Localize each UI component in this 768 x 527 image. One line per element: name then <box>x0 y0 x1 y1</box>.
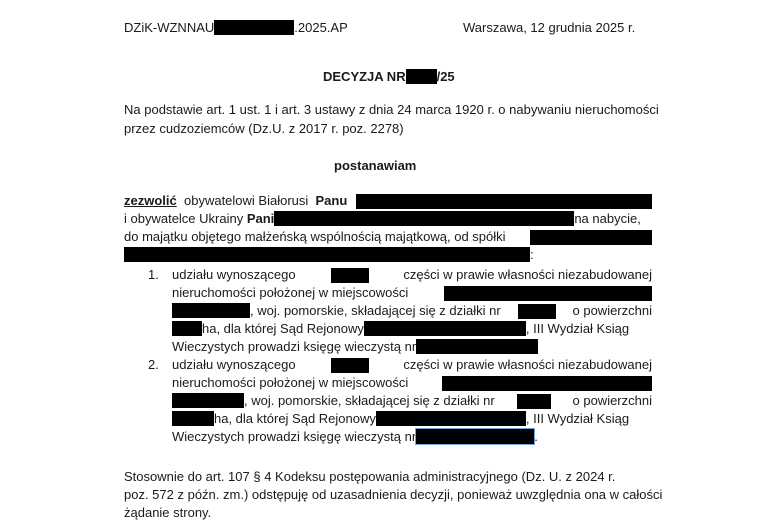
decision-verb-heading: postanawiam <box>334 158 416 173</box>
closing-line-2: poz. 572 z późn. zm.) odstępuję od uzasa… <box>124 486 662 504</box>
list-item-line: Wieczystych prowadzi księgę wieczystą nr <box>172 338 652 356</box>
list-item-text: ha, dla której Sąd Rejonowy <box>214 411 376 426</box>
redaction <box>416 339 538 354</box>
redaction <box>124 247 530 262</box>
redaction <box>517 394 551 409</box>
redaction <box>172 303 250 318</box>
list-item-text: , III Wydział Ksiąg <box>526 411 629 426</box>
case-reference-suffix: .2025.AP <box>294 20 348 35</box>
list-item-text: , woj. pomorskie, składającej się z dzia… <box>250 303 501 318</box>
list-item-line: Wieczystych prowadzi księgę wieczystą nr… <box>172 428 652 446</box>
document-page: DZiK-WZNNAU.2025.AP Warszawa, 12 grudnia… <box>0 0 768 527</box>
case-reference-prefix: DZiK-WZNNAU <box>124 20 214 35</box>
permit-text: na nabycie, <box>574 211 641 226</box>
redaction <box>172 393 244 408</box>
legal-basis-line-1: Na podstawie art. 1 ust. 1 i art. 3 usta… <box>124 102 659 117</box>
list-item-text: udziału wynoszącego <box>172 356 296 374</box>
list-item-line: udziału wynoszącego części w prawie włas… <box>172 356 652 374</box>
closing-text: Stosownie do art. 107 § 4 Kodeksu postęp… <box>124 468 615 486</box>
permit-honorific: Pani <box>247 211 274 226</box>
permit-line-1: zezwolić obywatelowi Białorusi Panu <box>124 192 652 210</box>
redaction <box>172 321 202 336</box>
decision-title-suffix: /25 <box>437 69 455 84</box>
permit-text: : <box>530 247 534 262</box>
place-date: Warszawa, 12 grudnia 2025 r. <box>463 20 635 35</box>
permit-text: obywatelowi Białorusi <box>184 193 308 208</box>
closing-line-3: żądanie strony. <box>124 504 211 522</box>
list-item-text: o powierzchni <box>573 392 653 410</box>
permit-line-2: i obywatelce Ukrainy Panina nabycie, <box>124 210 652 228</box>
list-item-number: 2. <box>148 356 159 374</box>
permit-text: do majątku objętego małżeńską wspólności… <box>124 228 506 246</box>
case-reference: DZiK-WZNNAU.2025.AP <box>124 20 348 35</box>
list-item-line: , woj. pomorskie, składającej się z dzia… <box>172 392 652 410</box>
permit-verb: zezwolić <box>124 193 177 208</box>
redaction <box>444 286 652 301</box>
redaction <box>530 230 652 245</box>
decision-title: DECYZJA NR/25 <box>323 69 455 84</box>
redaction <box>406 69 437 84</box>
list-item-text: Wieczystych prowadzi księgę wieczystą nr <box>172 339 416 354</box>
list-item-text: części w prawie własności niezabudowanej <box>403 356 652 374</box>
list-item-line: nieruchomości położonej w miejscowości <box>172 374 652 392</box>
permit-line-3: do majątku objętego małżeńską wspólności… <box>124 228 652 246</box>
decision-title-prefix: DECYZJA NR <box>323 69 406 84</box>
redaction <box>356 194 652 209</box>
list-item-text: nieruchomości położonej w miejscowości <box>172 374 408 392</box>
list-item-line: , woj. pomorskie, składającej się z dzia… <box>172 302 652 320</box>
redaction <box>518 304 556 319</box>
list-item-text: nieruchomości położonej w miejscowości <box>172 284 408 302</box>
redaction <box>331 268 369 283</box>
list-item-number: 1. <box>148 266 159 284</box>
redaction <box>442 376 652 391</box>
redaction <box>331 358 369 373</box>
legal-basis-line-2: przez cudzoziemców (Dz.U. z 2017 r. poz.… <box>124 121 404 136</box>
list-item-line: udziału wynoszącego części w prawie włas… <box>172 266 652 284</box>
list-item-text: udziału wynoszącego <box>172 266 296 284</box>
list-item-text: . <box>534 429 538 444</box>
redaction <box>214 20 294 35</box>
list-item-text: , woj. pomorskie, składającej się z dzia… <box>244 393 495 408</box>
list-item-text: o powierzchni <box>573 302 653 320</box>
redaction-selected[interactable] <box>416 429 534 444</box>
list-item-text: ha, dla której Sąd Rejonowy <box>202 321 364 336</box>
redaction <box>364 321 526 336</box>
redaction <box>274 211 574 226</box>
redaction <box>376 411 526 426</box>
list-item-line: ha, dla której Sąd Rejonowy, III Wydział… <box>172 320 652 338</box>
list-item-line: ha, dla której Sąd Rejonowy, III Wydział… <box>172 410 652 428</box>
permit-text: i obywatelce Ukrainy <box>124 211 243 226</box>
list-item-text: , III Wydział Ksiąg <box>526 321 629 336</box>
list-item-text: Wieczystych prowadzi księgę wieczystą nr <box>172 429 416 444</box>
list-item-line: nieruchomości położonej w miejscowości <box>172 284 652 302</box>
redaction <box>172 411 214 426</box>
closing-line-1: Stosownie do art. 107 § 4 Kodeksu postęp… <box>124 468 652 486</box>
permit-line-4: : <box>124 246 652 264</box>
permit-honorific: Panu <box>316 193 348 208</box>
list-item-text: części w prawie własności niezabudowanej <box>403 266 652 284</box>
